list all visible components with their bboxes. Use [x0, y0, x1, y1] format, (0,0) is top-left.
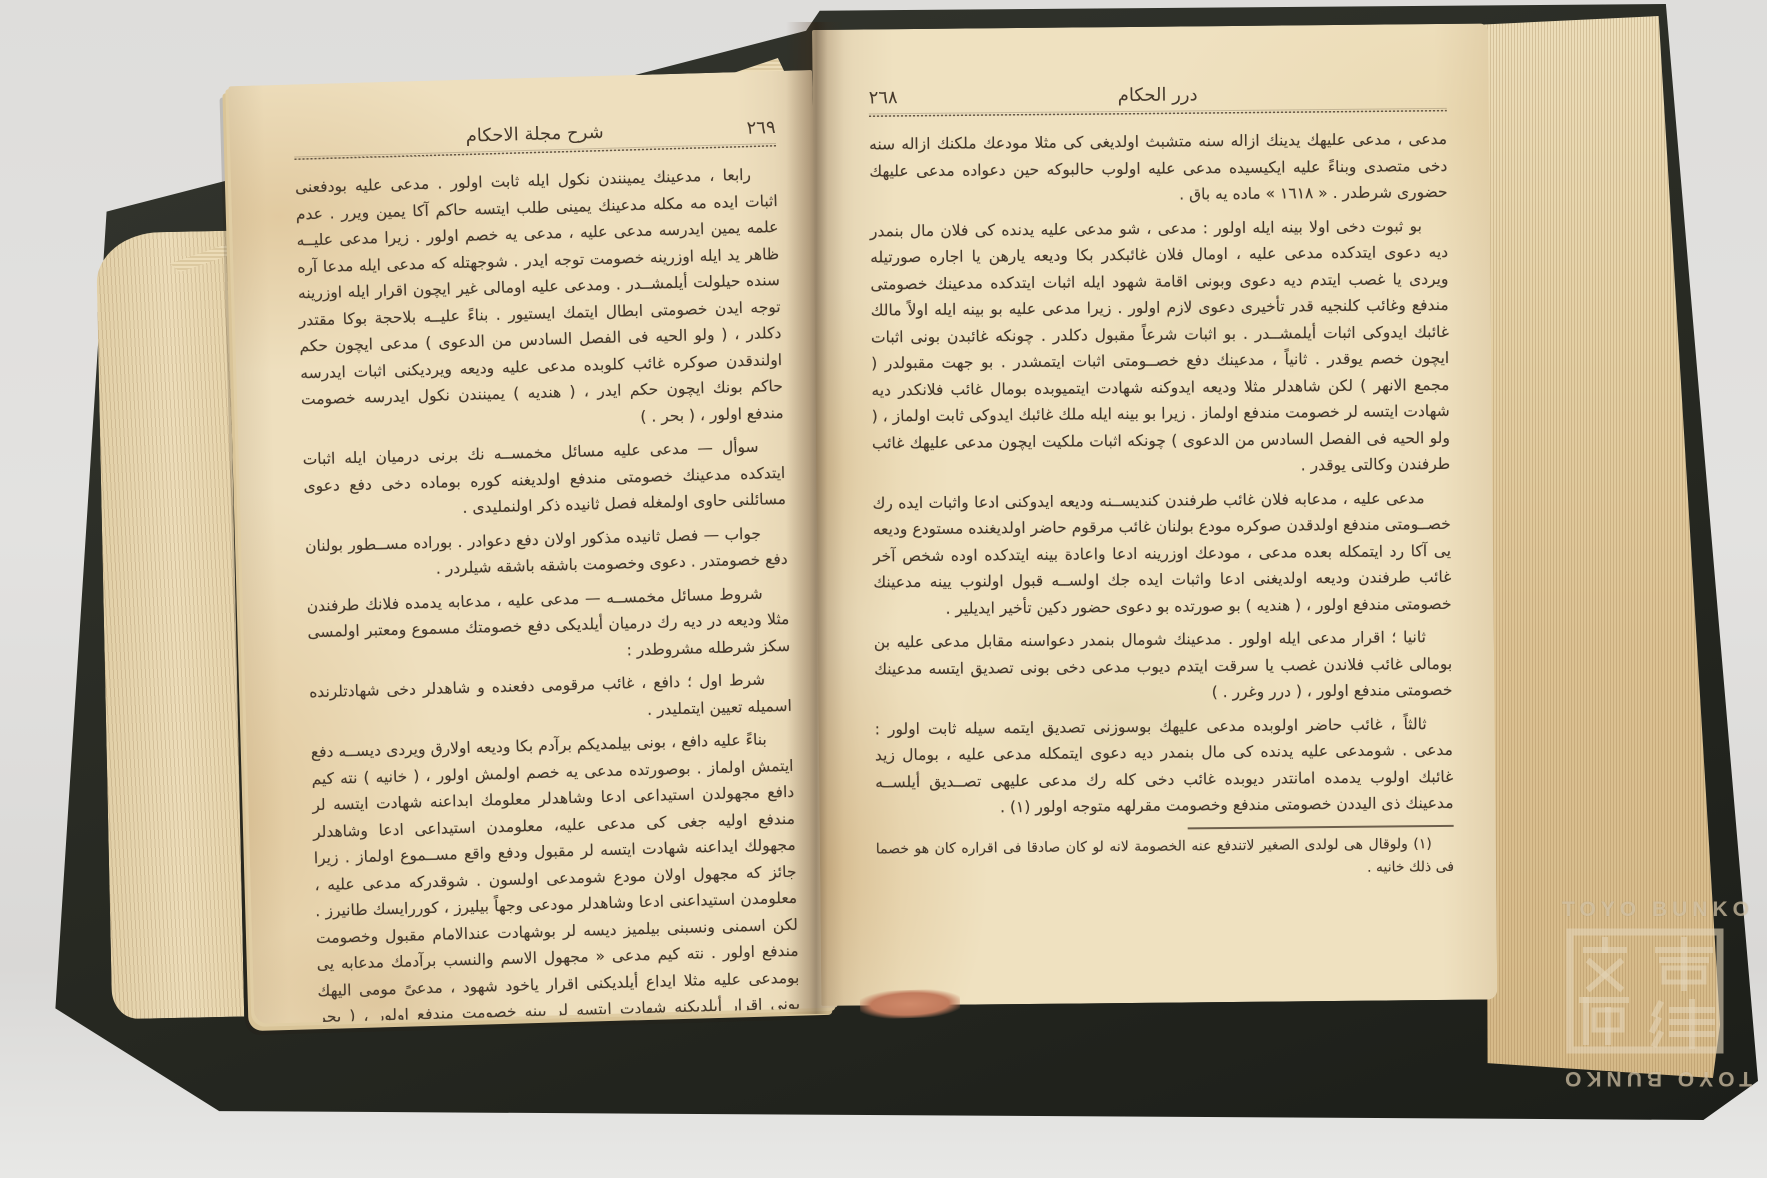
paragraph: شرط اول ؛ دافع ، غائب مرقومى دفعنده و شا…	[309, 666, 792, 732]
photo-of-open-book: ٢٦٩ شرح مجلة الاحكام رابعا ، مدعينك يمين…	[0, 0, 1767, 1178]
paragraph: بو ثبوت دخى اولا بينه ايله اولور : مدعى …	[870, 212, 1451, 483]
right-header-rule	[869, 108, 1447, 118]
paragraph: مدعى ، مدعى عليهك يدينك ازاله سنه متشبث …	[869, 126, 1448, 211]
paragraph-question: سوأل — مدعى عليه مسائل مخمســه نك برنى د…	[302, 433, 786, 526]
right-page-running-title: درر الحكام	[1118, 84, 1198, 106]
left-page-number: ٢٦٩	[746, 117, 776, 139]
left-page-running-title: شرح مجلة الاحكام	[465, 122, 603, 147]
paragraph: شروط مسائل مخمســه — مدعى عليه ، مدعابه …	[306, 579, 790, 672]
right-page-fore-edge	[1484, 16, 1720, 1078]
right-page: درر الحكام ٢٦٨ مدعى ، مدعى عليهك يدينك ا…	[812, 24, 1497, 1006]
right-page-header: درر الحكام ٢٦٨	[869, 82, 1447, 109]
paragraph: رابعا ، مدعينك يمينندن نكول ايله ثابت او…	[295, 161, 784, 439]
bookmark-ribbon	[860, 988, 961, 1019]
right-page-number: ٢٦٨	[869, 87, 898, 108]
paragraph: بناءً عليه دافع ، بونى بيلمديكم برآدم بك…	[310, 726, 801, 1024]
left-page: ٢٦٩ شرح مجلة الاحكام رابعا ، مدعينك يمين…	[228, 70, 838, 1024]
paragraph-answer: جواب — فصل ثانيده مذكور اولان دفع دعوادر…	[305, 519, 788, 585]
paragraph: ثانيا ؛ اقرار مدعى ايله اولور . مدعينك ش…	[874, 624, 1453, 709]
paragraph: مدعى عليه ، مدعابه فلان غائب طرفندن كندي…	[872, 484, 1451, 622]
footnote: (١) ولوقال هى لولدى الصغير لاتندفع عنه ا…	[876, 832, 1454, 884]
footnote-rule	[1188, 824, 1454, 829]
left-page-fore-edge	[96, 231, 244, 1020]
paragraph: ثالثاً ، غائب حاضر اولوبده مدعى عليهك بو…	[875, 710, 1454, 822]
